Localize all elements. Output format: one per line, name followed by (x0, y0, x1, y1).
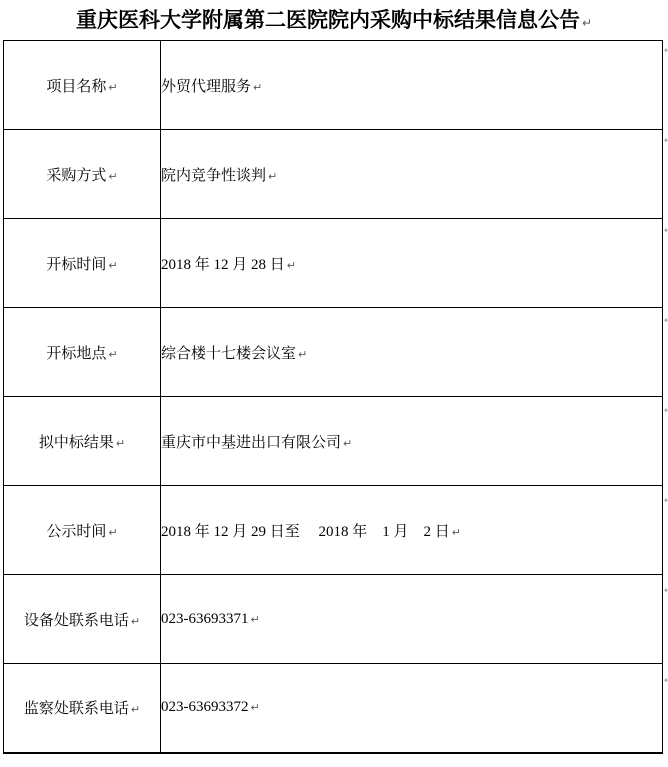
paragraph-mark-icon: ↵ (582, 16, 592, 30)
row-value: 外贸代理服务 (161, 79, 251, 95)
row-end-mark-icon: ↵ (664, 497, 668, 506)
paragraph-mark-icon: ↵ (108, 81, 117, 94)
row-label: 监察处联系电话 (24, 701, 129, 717)
row-value-cell: 2018 年 12 月 28 日↵ (161, 219, 663, 308)
paragraph-mark-icon: ↵ (268, 170, 277, 183)
row-label: 开标时间 (46, 257, 106, 273)
row-label-cell: 拟中标结果↵ (4, 397, 161, 486)
row-label-cell: 监察处联系电话↵ (4, 664, 161, 753)
row-value: 023-63693371 (161, 611, 249, 627)
announcement-table: 项目名称↵ 外贸代理服务↵ 采购方式↵ 院内竞争性谈判↵ 开标时间↵ 2018 … (3, 40, 663, 754)
row-end-mark-icon: ↵ (664, 677, 668, 686)
row-label: 采购方式 (46, 168, 106, 184)
row-value: 综合楼十七楼会议室 (161, 346, 296, 362)
table-row: 公示时间↵ 2018 年 12 月 29 日至 2018 年 1 月 2 日↵ (4, 486, 663, 575)
page-title: 重庆医科大学附属第二医院院内采购中标结果信息公告↵ (0, 7, 668, 33)
row-value-cell: 2018 年 12 月 29 日至 2018 年 1 月 2 日↵ (161, 486, 663, 575)
table-row: 监察处联系电话↵ 023-63693372↵ (4, 664, 663, 753)
paragraph-mark-icon: ↵ (131, 703, 140, 716)
row-end-mark-icon: ↵ (664, 407, 668, 416)
row-end-mark-icon: ↵ (664, 587, 668, 596)
row-value-cell: 重庆市中基进出口有限公司↵ (161, 397, 663, 486)
row-end-mark-icon: ↵ (664, 137, 668, 146)
row-value: 院内竞争性谈判 (161, 168, 266, 184)
row-label-cell: 开标时间↵ (4, 219, 161, 308)
paragraph-mark-icon: ↵ (253, 81, 262, 94)
paragraph-mark-icon: ↵ (298, 348, 307, 361)
row-label: 开标地点 (46, 346, 106, 362)
table-row: 采购方式↵ 院内竞争性谈判↵ (4, 130, 663, 219)
row-value: 023-63693372 (161, 699, 249, 715)
paragraph-mark-icon: ↵ (108, 259, 117, 272)
row-label: 公示时间 (46, 524, 106, 540)
row-end-mark-icon: ↵ (664, 317, 668, 326)
table-row: 拟中标结果↵ 重庆市中基进出口有限公司↵ (4, 397, 663, 486)
paragraph-mark-icon: ↵ (108, 170, 117, 183)
row-end-mark-icon: ↵ (664, 227, 668, 236)
row-value-cell: 023-63693372↵ (161, 664, 663, 753)
row-label-cell: 项目名称↵ (4, 41, 161, 130)
paragraph-mark-icon: ↵ (108, 348, 117, 361)
row-label-cell: 采购方式↵ (4, 130, 161, 219)
row-label: 设备处联系电话 (24, 613, 129, 629)
page-title-text: 重庆医科大学附属第二医院院内采购中标结果信息公告 (76, 8, 580, 32)
row-value-cell: 外贸代理服务↵ (161, 41, 663, 130)
row-value-cell: 院内竞争性谈判↵ (161, 130, 663, 219)
row-label: 拟中标结果 (39, 435, 114, 451)
row-value: 2018 年 12 月 28 日 (161, 257, 285, 273)
paragraph-mark-icon: ↵ (251, 613, 260, 626)
row-label-cell: 公示时间↵ (4, 486, 161, 575)
row-value: 重庆市中基进出口有限公司 (161, 435, 341, 451)
table-row: 开标地点↵ 综合楼十七楼会议室↵ (4, 308, 663, 397)
paragraph-mark-icon: ↵ (116, 437, 125, 450)
row-label-cell: 开标地点↵ (4, 308, 161, 397)
row-label: 项目名称 (46, 79, 106, 95)
row-end-mark-icon: ↵ (664, 47, 668, 56)
row-value-cell: 023-63693371↵ (161, 575, 663, 664)
paragraph-mark-icon: ↵ (452, 526, 461, 539)
row-label-cell: 设备处联系电话↵ (4, 575, 161, 664)
table-row: 项目名称↵ 外贸代理服务↵ (4, 41, 663, 130)
paragraph-mark-icon: ↵ (131, 615, 140, 628)
paragraph-mark-icon: ↵ (343, 437, 352, 450)
table-row: 设备处联系电话↵ 023-63693371↵ (4, 575, 663, 664)
table-row: 开标时间↵ 2018 年 12 月 28 日↵ (4, 219, 663, 308)
paragraph-mark-icon: ↵ (251, 701, 260, 714)
paragraph-mark-icon: ↵ (108, 526, 117, 539)
row-value-cell: 综合楼十七楼会议室↵ (161, 308, 663, 397)
row-value: 2018 年 12 月 29 日至 2018 年 1 月 2 日 (161, 524, 450, 540)
paragraph-mark-icon: ↵ (287, 259, 296, 272)
